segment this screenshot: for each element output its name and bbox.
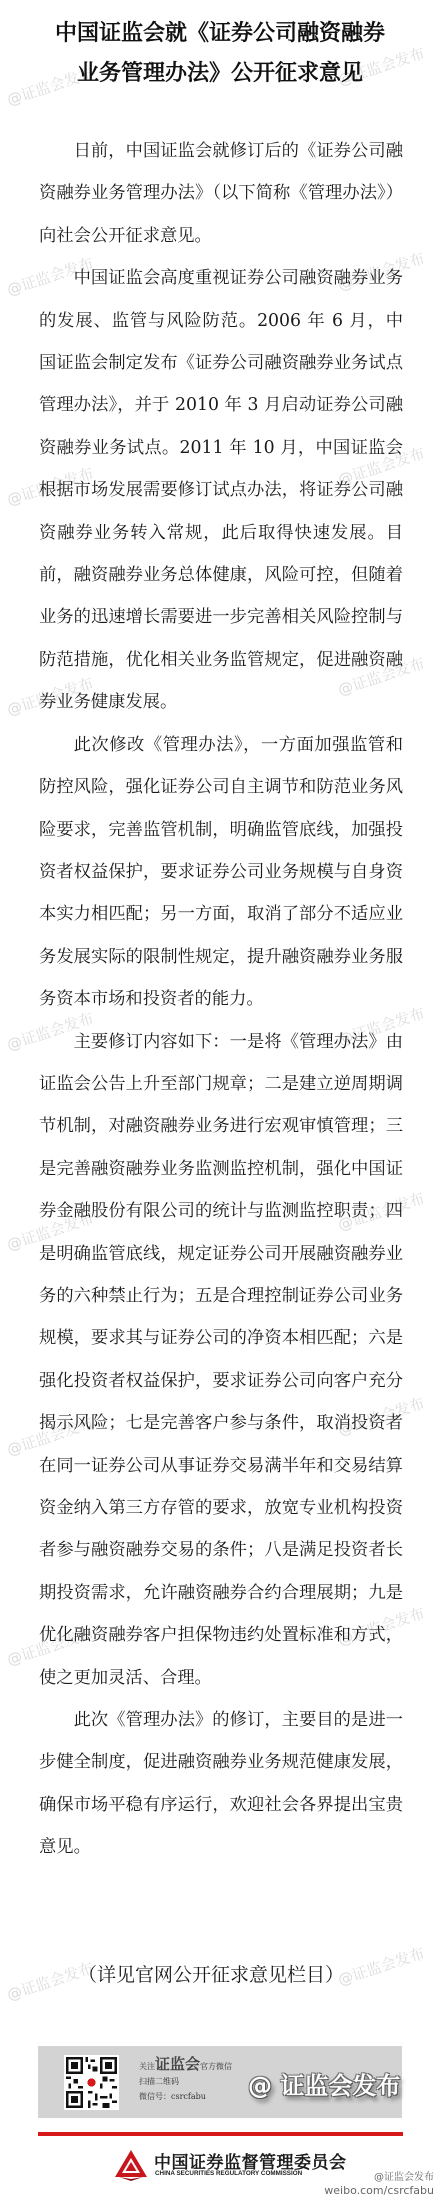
csrc-emblem-icon	[114, 2148, 148, 2182]
article-title: 中国证监会就《证券公司融资融券 业务管理办法》公开征求意见	[0, 14, 440, 94]
scan-qr-text: 扫描二维码	[139, 2074, 232, 2089]
brand-name: 证监会	[155, 2055, 200, 2073]
website-note: （详见官网公开征求意见栏目）	[0, 1960, 440, 1987]
weibo-url: weibo.com/csrcfabu	[324, 2184, 434, 2198]
paragraph-main-revisions: 主要修订内容如下：一是将《管理办法》由证监会公告上升至部门规章；二是建立逆周期调…	[39, 1021, 403, 1700]
weibo-handle-graphic: @ 证监会发布	[248, 2066, 400, 2101]
red-divider	[38, 2132, 403, 2136]
paragraph-background: 中国证监会高度重视证券公司融资融券业务的发展、监管与风险防范。2006 年 6 …	[39, 257, 403, 723]
weibo-attribution: @证监会发布 weibo.com/csrcfabu	[324, 2172, 434, 2198]
article-body: 日前，中国证监会就修订后的《证券公司融资融券业务管理办法》（以下简称《管理办法》…	[39, 130, 403, 1869]
wechat-follow-text: 关注证监会官方微信 扫描二维码 微信号：csrcfabu	[139, 2057, 232, 2104]
paragraph-purpose: 此次修改《管理办法》，一方面加强监管和防控风险，强化证券公司自主调节和防范业务风…	[39, 724, 403, 1021]
weibo-long-image: @证监会发布 @证监会发布 @证监会发布 @证监会发布 @证监会发布 @证监会发…	[0, 0, 440, 2205]
csrc-name-en: CHINA SECURITIES REGULATORY COMMISSION	[155, 2170, 302, 2177]
title-line-2: 业务管理办法》公开征求意见	[0, 54, 440, 94]
paragraph-conclusion: 此次《管理办法》的修订，主要目的是进一步健全制度，促进融资融券业务规范健康发展，…	[39, 1699, 403, 1869]
wechat-id: 微信号：csrcfabu	[139, 2089, 232, 2104]
weibo-handle: @证监会发布	[324, 2172, 434, 2184]
paragraph-intro: 日前，中国证监会就修订后的《证券公司融资融券业务管理办法》（以下简称《管理办法》…	[39, 130, 403, 257]
wechat-follow-banner: 关注证监会官方微信 扫描二维码 微信号：csrcfabu @ 证监会发布	[38, 2046, 402, 2118]
qr-code-icon	[64, 2055, 119, 2110]
title-line-1: 中国证监会就《证券公司融资融券	[0, 14, 440, 54]
follow-line: 关注证监会官方微信	[139, 2057, 232, 2074]
csrc-logo: 中国证券监督管理委员会 CHINA SECURITIES REGULATORY …	[114, 2148, 334, 2184]
